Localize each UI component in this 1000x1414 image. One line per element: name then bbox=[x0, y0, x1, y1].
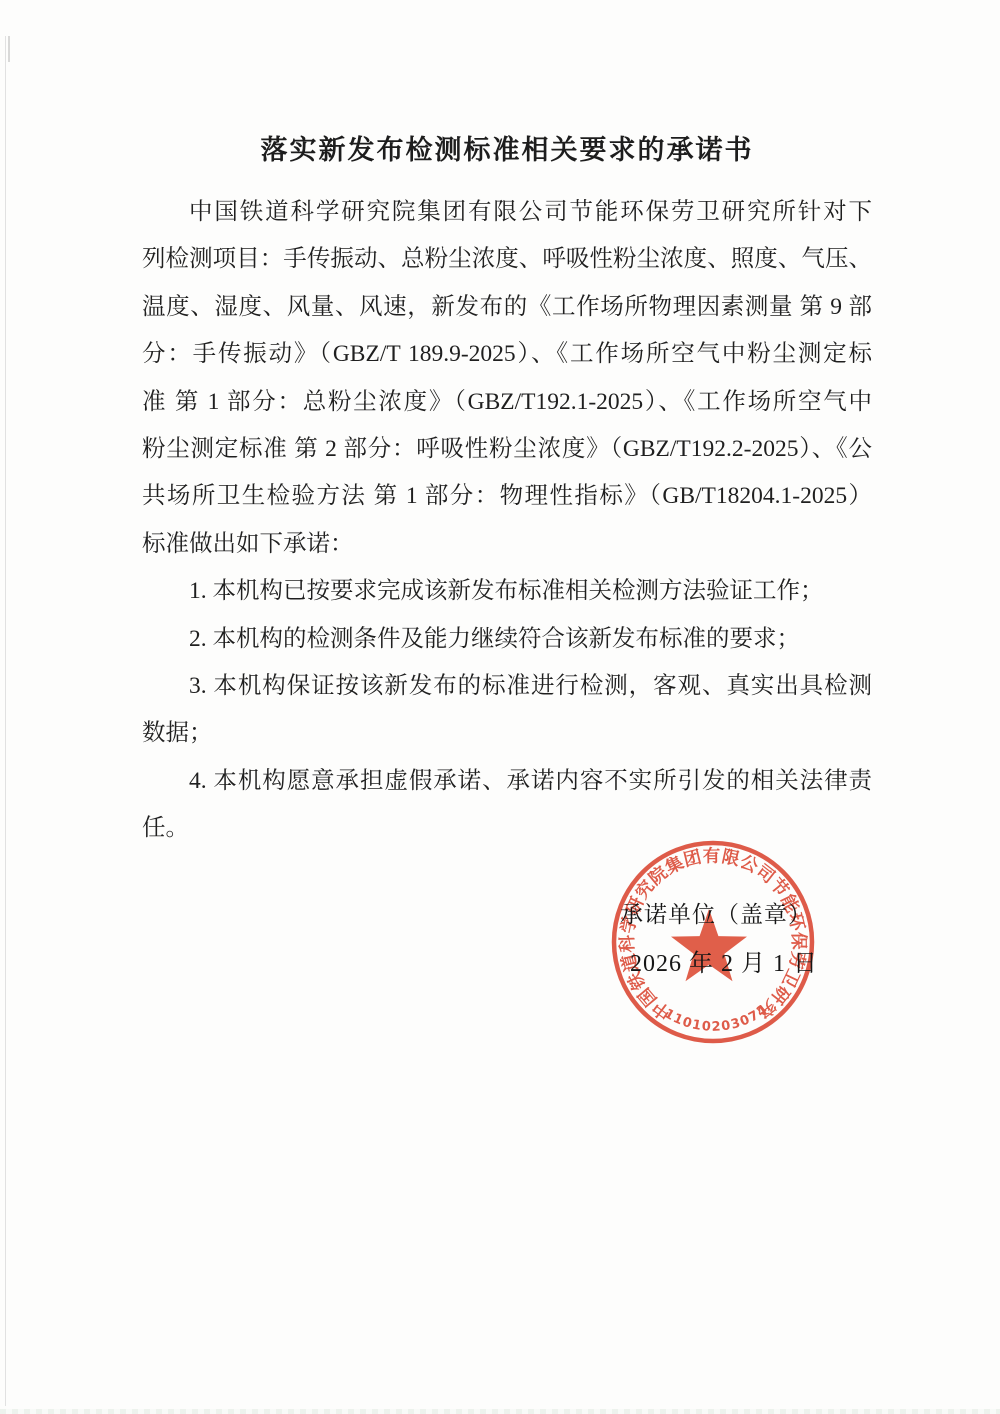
commitment-item-2: 2. 本机构的检测条件及能力继续符合该新发布标准的要求； bbox=[142, 616, 872, 663]
official-seal: 中国铁道科学研究院集团有限公司节能环保劳卫研究所 1101020307409 bbox=[607, 836, 819, 1048]
body-line: 列检测项目：手传振动、总粉尘浓度、呼吸性粉尘浓度、照度、气压、 bbox=[142, 236, 872, 283]
scan-edge-line bbox=[5, 36, 6, 1406]
document-page: 落实新发布检测标准相关要求的承诺书 中国铁道科学研究院集团有限公司节能环保劳卫研… bbox=[0, 0, 1000, 1414]
body-line: 准 第 1 部分：总粉尘浓度》（GBZ/T192.1-2025）、《工作场所空气… bbox=[142, 379, 872, 426]
body-line: 中国铁道科学研究院集团有限公司节能环保劳卫研究所针对下 bbox=[142, 189, 872, 236]
commitment-item-4: 4. 本机构愿意承担虚假承诺、承诺内容不实所引发的相关法律责 bbox=[142, 758, 872, 805]
signature-date: 2026 年 2 月 1 日 bbox=[630, 943, 870, 978]
commitment-item-3-cont: 数据； bbox=[142, 710, 872, 757]
seal-unit-label: 承诺单位（盖章） bbox=[620, 896, 880, 929]
scan-corner-mark bbox=[8, 36, 10, 62]
commitment-item-3: 3. 本机构保证按该新发布的标准进行检测，客观、真实出具检测 bbox=[142, 663, 872, 710]
body-line: 标准做出如下承诺： bbox=[142, 521, 872, 568]
commitment-item-1: 1. 本机构已按要求完成该新发布标准相关检测方法验证工作； bbox=[142, 568, 872, 615]
body-line: 温度、湿度、风量、风速，新发布的《工作场所物理因素测量 第 9 部 bbox=[142, 284, 872, 331]
body-line: 粉尘测定标准 第 2 部分：呼吸性粉尘浓度》（GBZ/T192.2-2025）、… bbox=[142, 426, 872, 473]
body-line: 分：手传振动》（GBZ/T 189.9-2025）、《工作场所空气中粉尘测定标 bbox=[142, 331, 872, 378]
document-body: 中国铁道科学研究院集团有限公司节能环保劳卫研究所针对下 列检测项目：手传振动、总… bbox=[142, 189, 872, 852]
document-title: 落实新发布检测标准相关要求的承诺书 bbox=[142, 128, 872, 167]
scan-bottom-edge bbox=[0, 1409, 1000, 1414]
signature-area: 中国铁道科学研究院集团有限公司节能环保劳卫研究所 1101020307409 承… bbox=[560, 820, 890, 1070]
body-line: 共场所卫生检验方法 第 1 部分：物理性指标》（GB/T18204.1-2025… bbox=[142, 473, 872, 520]
